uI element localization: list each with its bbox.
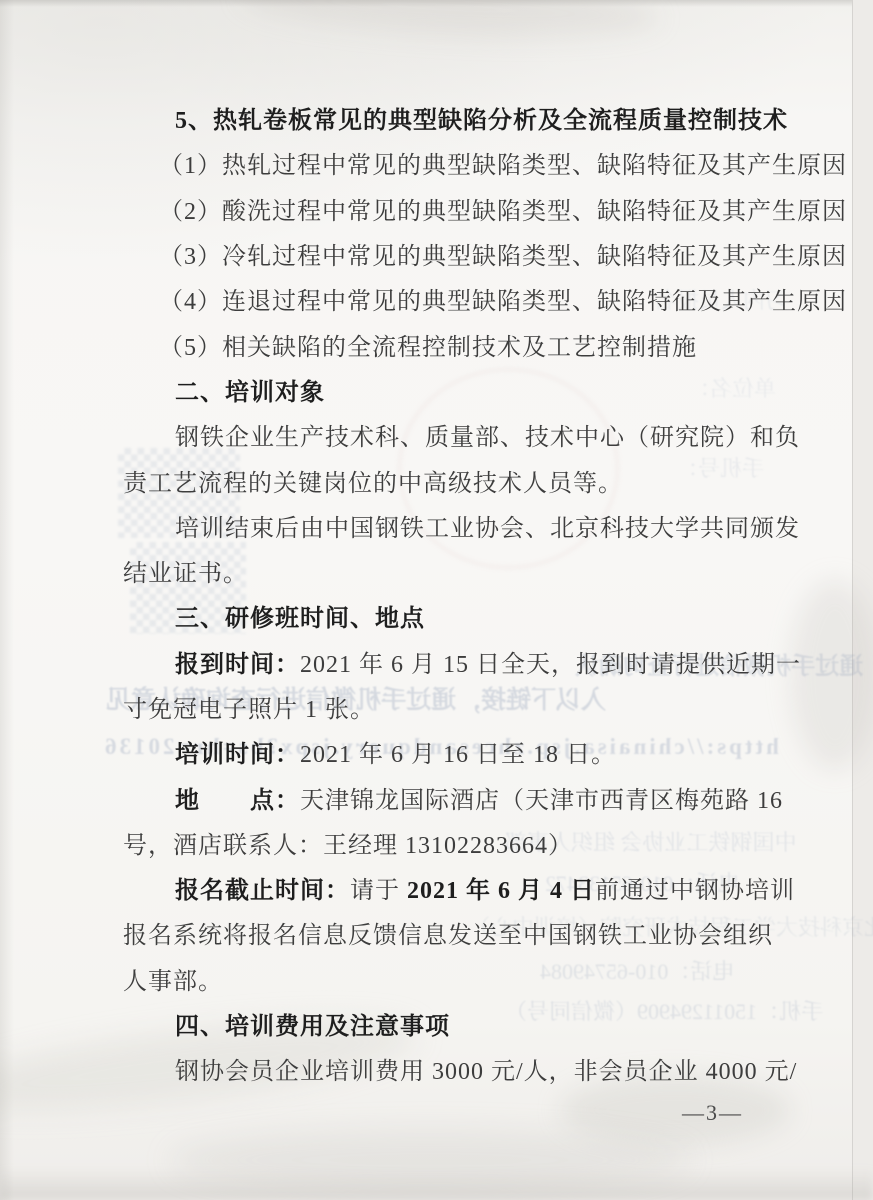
text-segment: 二、培训对象 (175, 372, 325, 407)
scan-edge-right (852, 0, 873, 1200)
text-line: （3）冷轧过程中常见的典型缺陷类型、缺陷特征及其产生原因 (123, 231, 813, 276)
text-line: 人事部。 (123, 956, 813, 1001)
text-line: （1）热轧过程中常见的典型缺陷类型、缺陷特征及其产生原因 (123, 140, 813, 185)
text-line: （2）酸洗过程中常见的典型缺陷类型、缺陷特征及其产生原因 (123, 186, 813, 231)
text-line: 地 点：天津锦龙国际酒店（天津市西青区梅苑路 16 (123, 774, 813, 819)
text-segment: （1）热轧过程中常见的典型缺陷类型、缺陷特征及其产生原因 (159, 145, 847, 180)
text-line: 四、培训费用及注意事项 (123, 1001, 813, 1046)
text-line: 二、培训对象 (123, 367, 813, 412)
text-segment: 5、热轧卷板常见的典型缺陷分析及全流程质量控制技术 (175, 100, 788, 135)
text-segment: 责工艺流程的关键岗位的中高级技术人员等。 (123, 463, 623, 498)
text-segment: 四、培训费用及注意事项 (175, 1006, 450, 1041)
text-line: 钢协会员企业培训费用 3000 元/人，非会员企业 4000 元/ (123, 1046, 813, 1091)
text-line: 报到时间：2021 年 6 月 15 日全天，报到时请提供近期一 (123, 639, 813, 684)
text-segment: （3）冷轧过程中常见的典型缺陷类型、缺陷特征及其产生原因 (159, 236, 847, 271)
text-line: 号，酒店联系人：王经理 13102283664） (123, 820, 813, 865)
text-line: 报名系统将报名信息反馈信息发送至中国钢铁工业协会组织 (123, 910, 813, 955)
text-segment: 结业证书。 (123, 553, 248, 588)
text-line: 报名截止时间：请于 2021 年 6 月 4 日前通过中钢协培训 (123, 865, 813, 910)
text-segment: 2021 年 6 月 4 日 (407, 870, 595, 905)
text-segment: 报名截止时间： (175, 870, 350, 905)
paper-wrinkle-shadow (170, 1130, 690, 1190)
text-segment: 报到时间： (175, 644, 300, 679)
text-segment: 报名系统将报名信息反馈信息发送至中国钢铁工业协会组织 (123, 915, 773, 950)
text-line: （4）连退过程中常见的典型缺陷类型、缺陷特征及其产生原因 (123, 276, 813, 321)
paper-bottom-shade (0, 1168, 873, 1200)
text-segment: 请于 (350, 870, 407, 905)
text-segment: 地 点： (175, 780, 300, 815)
text-segment: 培训时间： (175, 734, 300, 769)
text-segment: 2021 年 6 月 15 日全天，报到时请提供近期一 (300, 644, 801, 679)
text-segment: 钢铁企业生产技术科、质量部、技术中心（研究院）和负 (175, 417, 800, 452)
text-segment: 寸免冠电子照片 1 张。 (123, 689, 375, 724)
text-segment: （4）连退过程中常见的典型缺陷类型、缺陷特征及其产生原因 (159, 281, 847, 316)
text-line: 三、研修班时间、地点 (123, 593, 813, 638)
text-segment: （5）相关缺陷的全流程控制技术及工艺控制措施 (159, 327, 697, 362)
text-line: 责工艺流程的关键岗位的中高级技术人员等。 (123, 457, 813, 502)
text-segment: （2）酸洗过程中常见的典型缺陷类型、缺陷特征及其产生原因 (159, 191, 847, 226)
text-segment: 前通过中钢协培训 (595, 870, 795, 905)
scanned-page: 习内人员报名单位名：手机号：，通过手机微信进行查询确认入以下链接，通过手机微信进… (0, 0, 873, 1200)
text-line: （5）相关缺陷的全流程控制技术及工艺控制措施 (123, 321, 813, 366)
text-line: 培训时间：2021 年 6 月 16 日至 18 日。 (123, 729, 813, 774)
document-text: 5、热轧卷板常见的典型缺陷分析及全流程质量控制技术（1）热轧过程中常见的典型缺陷… (123, 95, 813, 1092)
text-line: 寸免冠电子照片 1 张。 (123, 684, 813, 729)
text-segment: 天津锦龙国际酒店（天津市西青区梅苑路 16 (300, 780, 783, 815)
text-segment: 2021 年 6 月 16 日至 18 日。 (300, 734, 616, 769)
text-segment: 号，酒店联系人：王经理 13102283664） (123, 825, 573, 860)
text-line: 结业证书。 (123, 548, 813, 593)
scan-edge-left (0, 0, 14, 1200)
text-line: 钢铁企业生产技术科、质量部、技术中心（研究院）和负 (123, 412, 813, 457)
text-line: 培训结束后由中国钢铁工业协会、北京科技大学共同颁发 (123, 503, 813, 548)
scan-edge-top (0, 0, 873, 7)
page-number: —3— (682, 1100, 743, 1126)
text-segment: 三、研修班时间、地点 (175, 598, 425, 633)
text-segment: 人事部。 (123, 961, 223, 996)
text-segment: 钢协会员企业培训费用 3000 元/人，非会员企业 4000 元/ (175, 1051, 797, 1086)
text-line: 5、热轧卷板常见的典型缺陷分析及全流程质量控制技术 (123, 95, 813, 140)
text-segment: 培训结束后由中国钢铁工业协会、北京科技大学共同颁发 (175, 508, 800, 543)
